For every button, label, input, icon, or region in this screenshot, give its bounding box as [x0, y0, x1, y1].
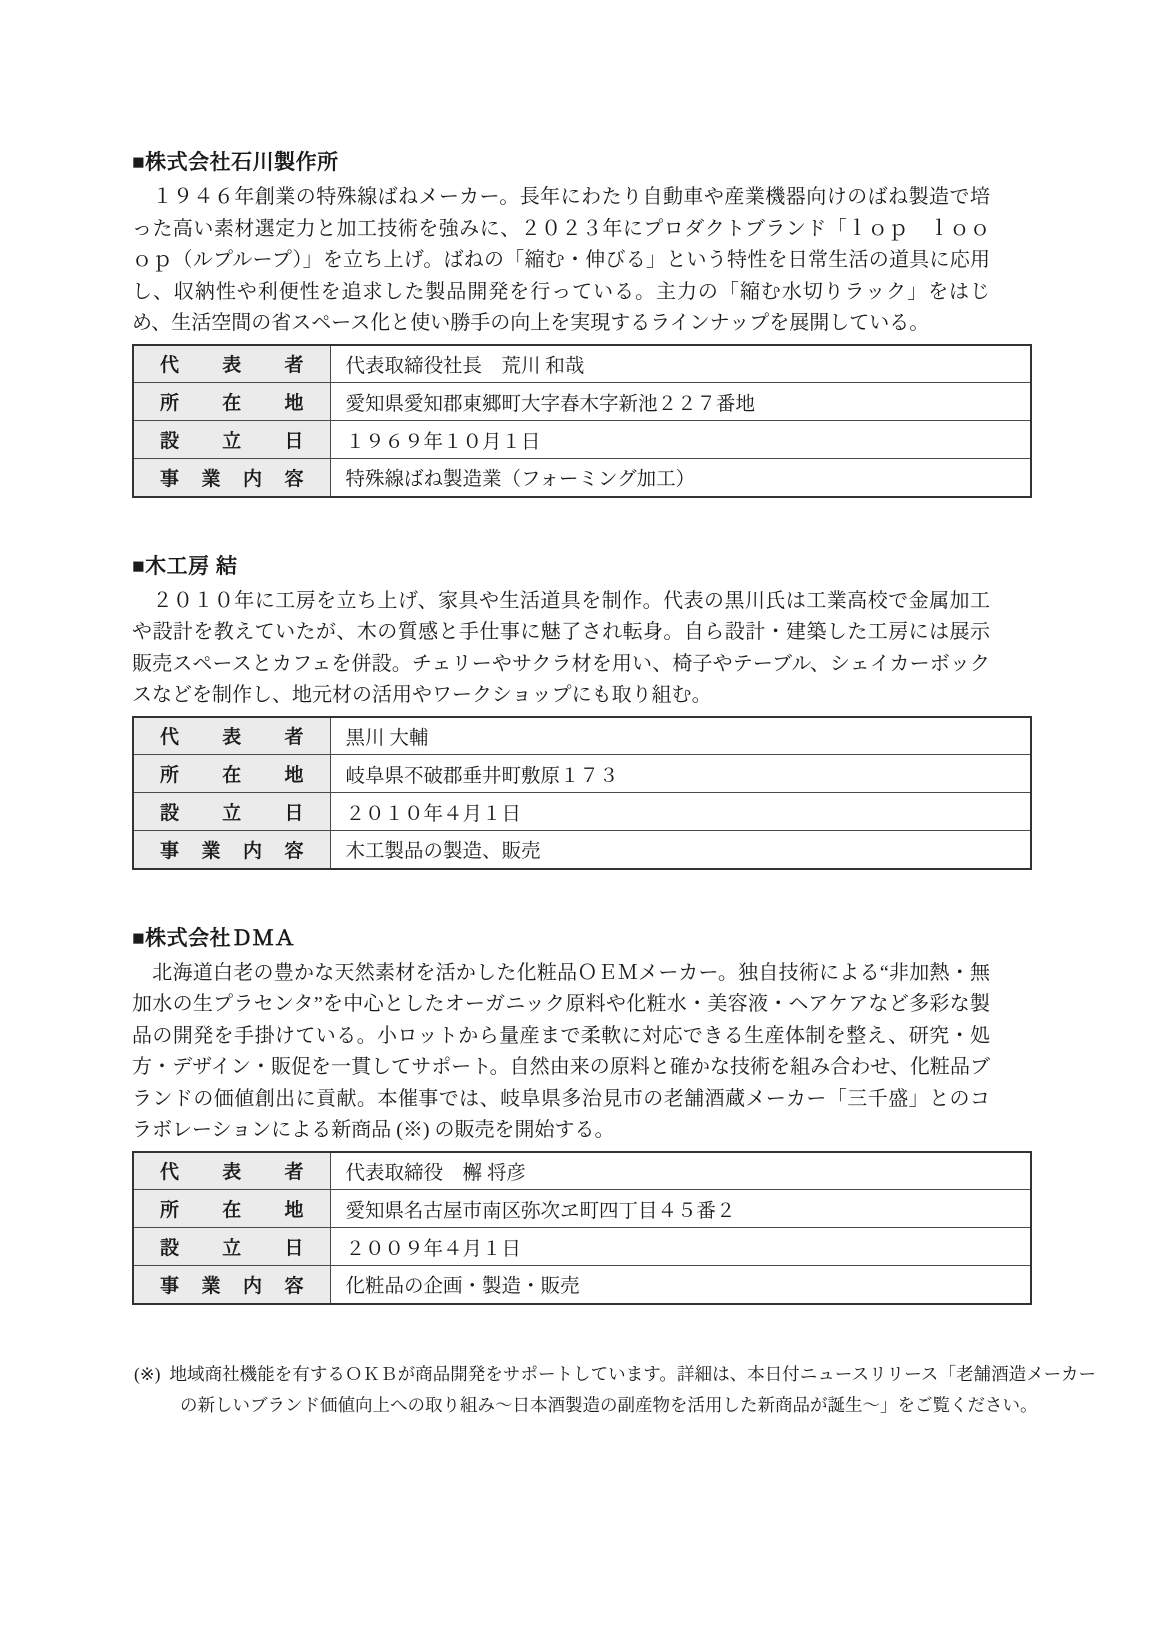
table-row: 所在地 岐阜県不破郡垂井町敷原１７３ — [133, 755, 1031, 793]
section-heading: ■株式会社ＤＭＡ — [132, 924, 1170, 954]
row-label-cell: 設立日 — [133, 1228, 330, 1266]
table-row: 代表者 黒川 大輔 — [133, 717, 1031, 755]
table-row: 設立日 ２０１０年４月１日 — [133, 793, 1031, 831]
section-company-1: ■株式会社石川製作所 １９４６年創業の特殊線ばねメーカー。長年にわたり自動車や産… — [132, 148, 1170, 498]
table-row: 事業内容 木工製品の製造、販売 — [133, 831, 1031, 869]
section-body: 北海道白老の豊かな天然素材を活かした化粧品ＯＥＭメーカー。独自技術による“非加熱… — [132, 958, 990, 1147]
section-company-3: ■株式会社ＤＭＡ 北海道白老の豊かな天然素材を活かした化粧品ＯＥＭメーカー。独自… — [132, 924, 1170, 1305]
row-value-cell: 化粧品の企画・製造・販売 — [330, 1266, 1031, 1304]
company-info-table: 代表者 黒川 大輔 所在地 岐阜県不破郡垂井町敷原１７３ 設立日 ２０１０年４月… — [132, 716, 1032, 870]
row-label-cell: 設立日 — [133, 793, 330, 831]
row-label-cell: 代表者 — [133, 717, 330, 755]
row-value-cell: 特殊線ばね製造業（フォーミング加工） — [330, 459, 1031, 497]
footnote-marker: (※) — [134, 1364, 160, 1384]
row-value-cell: 愛知県名古屋市南区弥次ヱ町四丁目４５番２ — [330, 1190, 1031, 1228]
row-value-cell: 木工製品の製造、販売 — [330, 831, 1031, 869]
table-row: 設立日 １９６９年１０月１日 — [133, 421, 1031, 459]
row-label-cell: 代表者 — [133, 1152, 330, 1190]
row-label-cell: 代表者 — [133, 345, 330, 383]
row-label-cell: 所在地 — [133, 383, 330, 421]
row-value-cell: １９６９年１０月１日 — [330, 421, 1031, 459]
footnote: (※)地域商社機能を有するＯＫＢが商品開発をサポートしています。詳細は、本日付ニ… — [134, 1359, 1096, 1421]
row-value-cell: 黒川 大輔 — [330, 717, 1031, 755]
document-page: ■株式会社石川製作所 １９４６年創業の特殊線ばねメーカー。長年にわたり自動車や産… — [0, 0, 1170, 1421]
row-value-cell: 岐阜県不破郡垂井町敷原１７３ — [330, 755, 1031, 793]
row-label-cell: 事業内容 — [133, 459, 330, 497]
section-heading: ■株式会社石川製作所 — [132, 148, 1170, 178]
row-label-cell: 事業内容 — [133, 831, 330, 869]
row-value-cell: 代表取締役社長 荒川 和哉 — [330, 345, 1031, 383]
row-label-cell: 所在地 — [133, 1190, 330, 1228]
table-row: 事業内容 化粧品の企画・製造・販売 — [133, 1266, 1031, 1304]
section-body: １９４６年創業の特殊線ばねメーカー。長年にわたり自動車や産業機器向けのばね製造で… — [132, 182, 990, 340]
table-row: 所在地 愛知県名古屋市南区弥次ヱ町四丁目４５番２ — [133, 1190, 1031, 1228]
company-info-table: 代表者 代表取締役 檞 将彦 所在地 愛知県名古屋市南区弥次ヱ町四丁目４５番２ … — [132, 1151, 1032, 1305]
row-value-cell: ２０１０年４月１日 — [330, 793, 1031, 831]
table-row: 代表者 代表取締役社長 荒川 和哉 — [133, 345, 1031, 383]
row-label-cell: 設立日 — [133, 421, 330, 459]
table-row: 代表者 代表取締役 檞 将彦 — [133, 1152, 1031, 1190]
row-label-cell: 所在地 — [133, 755, 330, 793]
row-label-cell: 事業内容 — [133, 1266, 330, 1304]
table-row: 事業内容 特殊線ばね製造業（フォーミング加工） — [133, 459, 1031, 497]
row-value-cell: 愛知県愛知郡東郷町大字春木字新池２２７番地 — [330, 383, 1031, 421]
footnote-text: 地域商社機能を有するＯＫＢが商品開発をサポートしています。詳細は、本日付ニュース… — [169, 1364, 1096, 1415]
section-heading: ■木工房 結 — [132, 552, 1170, 582]
section-body: ２０１０年に工房を立ち上げ、家具や生活道具を制作。代表の黒川氏は工業高校で金属加… — [132, 586, 990, 712]
table-row: 設立日 ２００９年４月１日 — [133, 1228, 1031, 1266]
table-row: 所在地 愛知県愛知郡東郷町大字春木字新池２２７番地 — [133, 383, 1031, 421]
row-value-cell: 代表取締役 檞 将彦 — [330, 1152, 1031, 1190]
row-value-cell: ２００９年４月１日 — [330, 1228, 1031, 1266]
section-company-2: ■木工房 結 ２０１０年に工房を立ち上げ、家具や生活道具を制作。代表の黒川氏は工… — [132, 552, 1170, 870]
company-info-table: 代表者 代表取締役社長 荒川 和哉 所在地 愛知県愛知郡東郷町大字春木字新池２２… — [132, 344, 1032, 498]
